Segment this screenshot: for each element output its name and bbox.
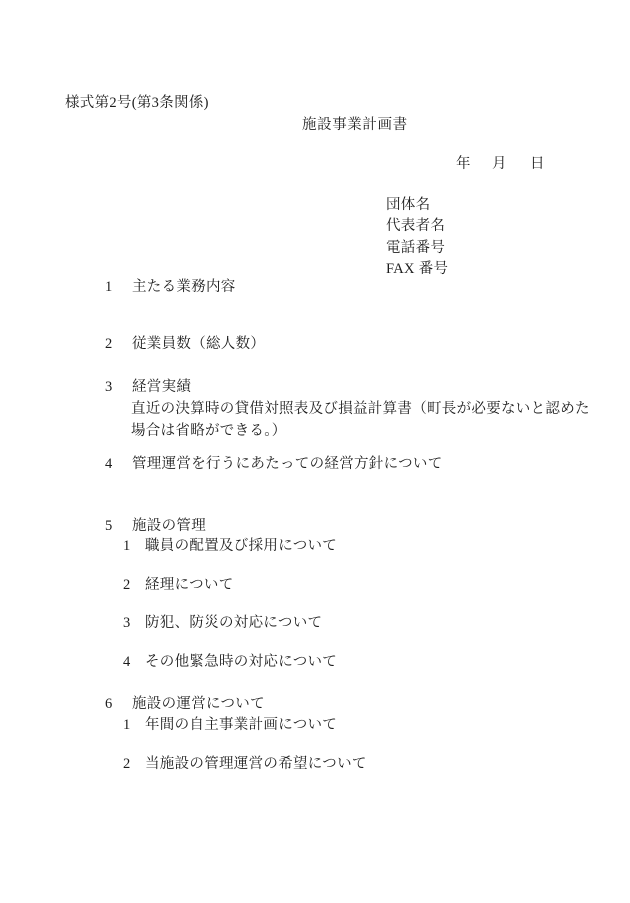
field-phone-label: 電話番号 [386,240,445,257]
subsection-title: 年間の自主事業計画について [145,717,337,733]
section-3-heading: 3経営実績 [105,379,191,396]
section-number: 4 [105,456,132,473]
section-title: 管理運営を行うにあたっての経営方針について [132,456,443,472]
section-number: 5 [105,518,132,535]
section-6-sub-1: 1年間の自主事業計画について [123,717,337,734]
section-1-heading: 1主たる業務内容 [105,279,236,296]
subsection-number: 1 [123,538,145,555]
document-title: 施設事業計画書 [302,117,408,134]
field-org-name-label: 団体名 [386,197,430,214]
section-2-heading: 2従業員数（総人数） [105,336,265,353]
section-title: 施設の運営について [132,696,265,712]
section-5-sub-4: 4その他緊急時の対応について [123,654,337,671]
subsection-title: 職員の配置及び採用について [145,538,337,554]
section-5-heading: 5施設の管理 [105,518,206,535]
subsection-title: 当施設の管理運営の希望について [145,756,367,772]
section-number: 3 [105,379,132,396]
section-5-sub-2: 2経理について [123,577,234,594]
date-month-label: 月 [492,156,507,173]
section-6-heading: 6施設の運営について [105,696,265,713]
subsection-title: その他緊急時の対応について [145,654,337,670]
section-number: 6 [105,696,132,713]
document-page: 様式第2号(第3条関係) 施設事業計画書 年 月 日 団体名 代表者名 電話番号… [0,0,630,903]
subsection-number: 1 [123,717,145,734]
section-number: 1 [105,279,132,296]
field-fax-label: FAX 番号 [386,261,448,278]
subsection-title: 経理について [145,577,234,593]
subsection-number: 3 [123,615,145,632]
section-title: 施設の管理 [132,518,206,534]
field-representative-label: 代表者名 [386,218,445,235]
subsection-number: 2 [123,577,145,594]
section-3-note-line-2: 場合は省略ができる。） [131,423,287,440]
section-5-sub-3: 3防犯、防災の対応について [123,615,322,632]
form-number-label: 様式第2号(第3条関係) [65,95,209,112]
subsection-number: 4 [123,654,145,671]
section-title: 従業員数（総人数） [132,336,265,352]
section-4-heading: 4管理運営を行うにあたっての経営方針について [105,456,443,473]
date-day-label: 日 [530,156,545,173]
section-5-sub-1: 1職員の配置及び採用について [123,538,337,555]
subsection-number: 2 [123,756,145,773]
section-title: 主たる業務内容 [132,279,236,295]
date-year-label: 年 [456,156,471,173]
subsection-title: 防犯、防災の対応について [145,615,322,631]
section-number: 2 [105,336,132,353]
section-6-sub-2: 2当施設の管理運営の希望について [123,756,367,773]
section-3-note-line-1: 直近の決算時の貸借対照表及び損益計算書（町長が必要ないと認めた [131,401,590,418]
section-title: 経営実績 [132,379,191,395]
